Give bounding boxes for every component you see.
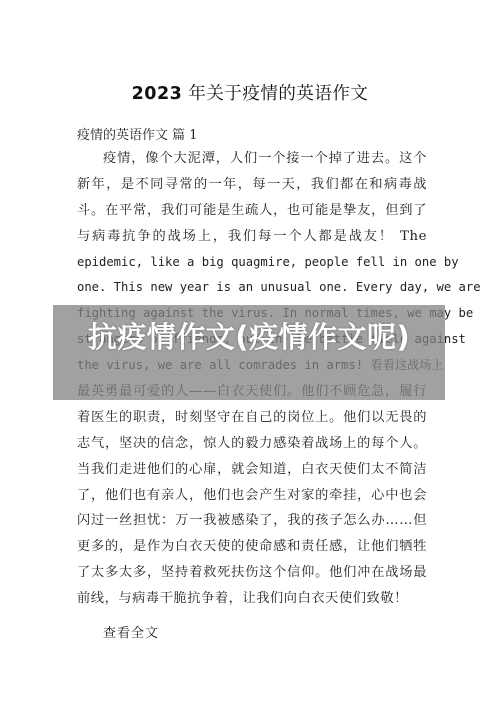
essay-line: 志气，坚决的信念，惊人的毅力感染着战场上的每个人。 xyxy=(77,431,427,457)
essay-line: 当我们走进他们的心扉，就会知道，白衣天使们太不简洁 xyxy=(77,457,427,483)
essay-line: 了，他们也有亲人，他们也会产生对家的牵挂，心中也会 xyxy=(77,483,427,509)
essay-line: 斗。在平常，我们可能是生疏人，也可能是挚友，但到了 xyxy=(77,198,427,224)
essay-line: 着医生的职责，时刻坚守在自己的岗位上。他们以无畏的 xyxy=(77,405,427,431)
essay-line: 疫情，像个大泥潭，人们一个接一个掉了进去。这个 xyxy=(77,146,427,172)
document-title: 2023 年关于疫情的英语作文 xyxy=(0,80,500,105)
essay-line: 更多的，是作为白衣天使的使命感和责任感，让他们牺牲 xyxy=(77,534,427,560)
section-heading: 疫情的英语作文 篇 1 xyxy=(77,124,198,143)
essay-line: 闪过一丝担忧：万一我被感染了，我的孩子怎么办……但 xyxy=(77,508,427,534)
title-text: 年关于疫情的英语作文 xyxy=(182,84,368,104)
essay-line: one. This new year is an unusual one. Ev… xyxy=(77,275,427,301)
overlay-title: 抗疫情作文(疫情作文呢) xyxy=(53,320,445,354)
essay-line: epidemic, like a big quagmire, people fe… xyxy=(77,250,427,276)
view-full-text-link[interactable]: 查看全文 xyxy=(103,622,159,641)
essay-line: 与病毒抗争的战场上，我们每一个人都是战友！ The xyxy=(77,224,427,250)
essay-line: 新年，是不同寻常的一年，每一天，我们都在和病毒战 xyxy=(77,172,427,198)
title-year: 2023 xyxy=(132,84,183,104)
essay-line: 了太多太多，坚持着救死扶伤这个信仰。他们冲在战场最 xyxy=(77,560,427,586)
essay-line: 前线，与病毒干脆抗争着，让我们向白衣天使们致敬！ xyxy=(77,586,427,612)
